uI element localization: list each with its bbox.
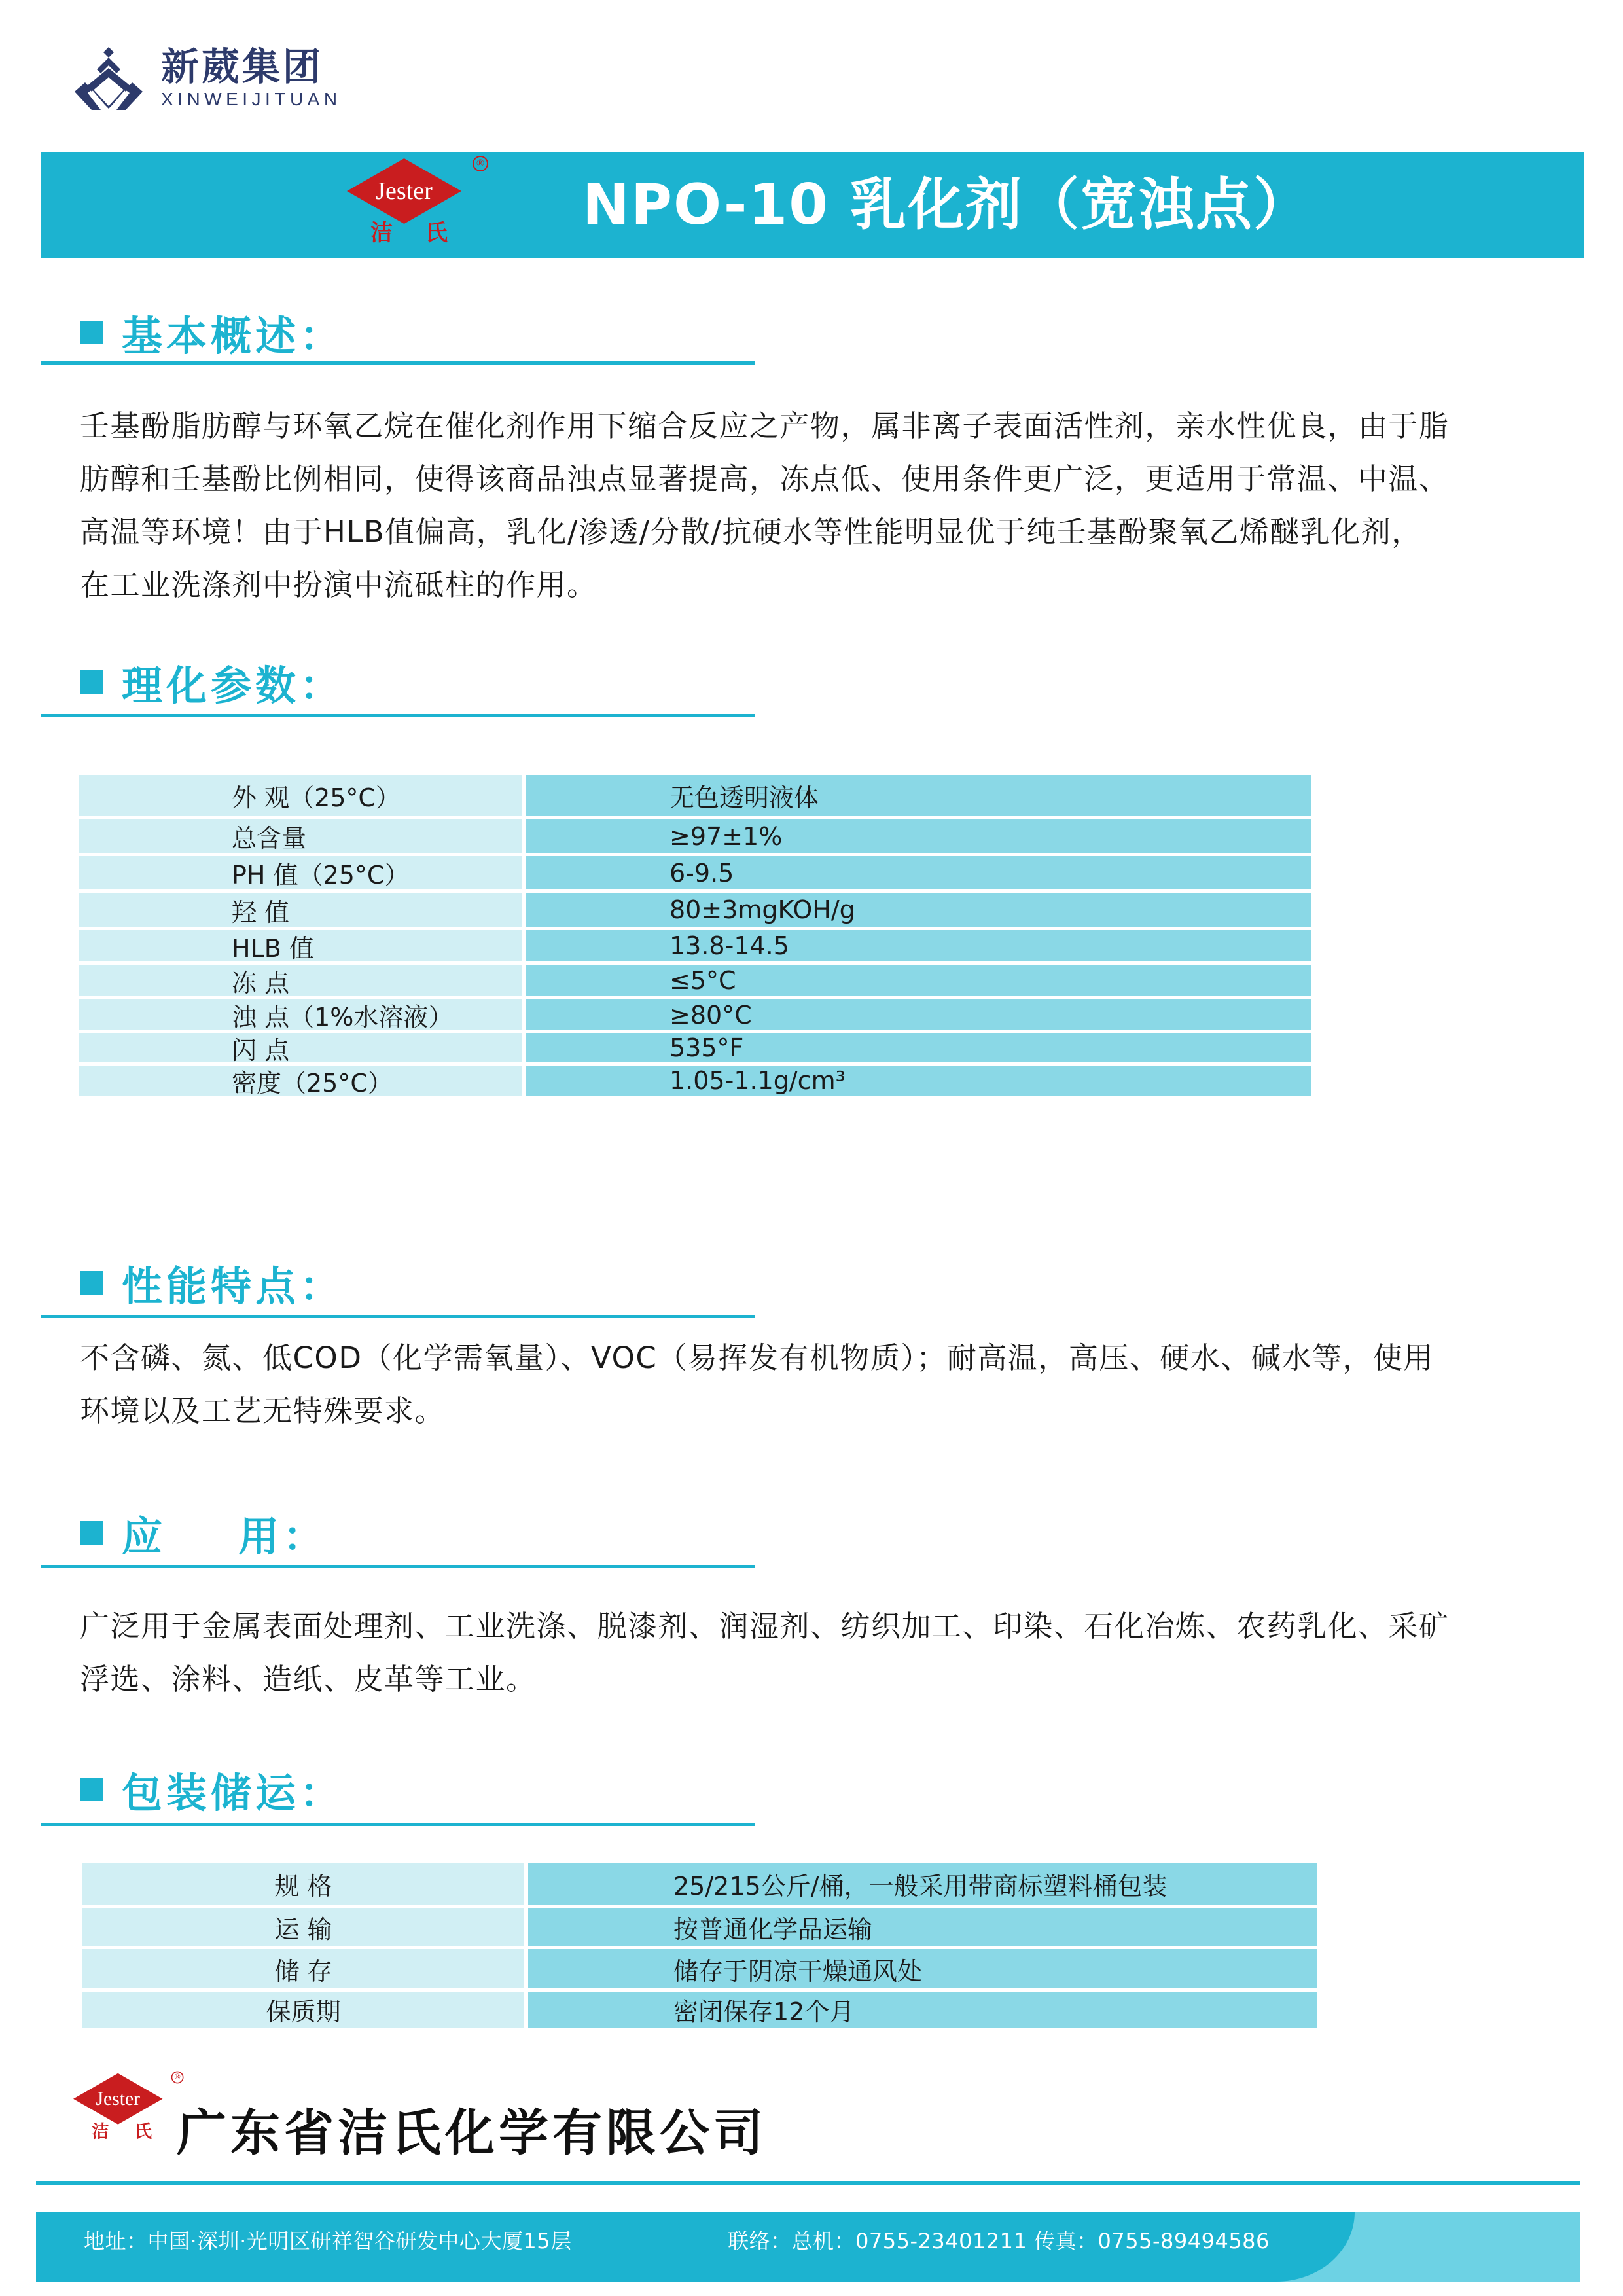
table-row: HLB 值 13.8-14.5	[79, 930, 1311, 961]
footer-divider	[36, 2181, 1580, 2185]
table-row: 规 格 25/215公斤/桶，一般采用带商标塑料桶包装	[82, 1863, 1317, 1905]
table-row: 外 观（25°C） 无色透明液体	[79, 775, 1311, 816]
jester-diamond-icon: Jester	[73, 2073, 163, 2125]
packaging-value: 25/215公斤/桶，一般采用带商标塑料桶包装	[528, 1863, 1317, 1905]
specs-table: 外 观（25°C） 无色透明液体 总含量 ≥97±1% PH 值（25°C） 6…	[79, 775, 1311, 1096]
registered-mark: ®	[473, 156, 488, 171]
table-row: 运 输 按普通化学品运输	[82, 1908, 1317, 1946]
brand-cn-right: 氏	[135, 2121, 152, 2142]
brand-cn-left: 洁	[370, 220, 393, 246]
heading-square-icon	[80, 1521, 103, 1545]
footer-address: 地址：中国·深圳·光明区研祥智谷研发中心大厦15层	[84, 2228, 572, 2254]
spec-value: 80±3mgKOH/g	[526, 893, 1311, 927]
spec-label: HLB 值	[79, 930, 522, 961]
spec-label: 冻 点	[79, 965, 522, 996]
svg-text:Jester: Jester	[96, 2089, 141, 2109]
group-logo: 新葳集团 XINWEIJITUAN	[73, 42, 342, 114]
overview-paragraph: 壬基酚脂肪醇与环氧乙烷在催化剂作用下缩合反应之产物，属非离子表面活性剂，亲水性优…	[80, 399, 1585, 611]
section-heading-features: 性能特点：	[80, 1257, 344, 1309]
svg-text:Jester: Jester	[376, 177, 433, 205]
table-row: 密度（25°C） 1.05-1.1g/cm³	[79, 1066, 1311, 1096]
spec-label: PH 值（25°C）	[79, 856, 522, 889]
company-name: 广东省洁氏化学有限公司	[177, 2093, 767, 2164]
title-banner: Jester ® 洁 氏 NPO-10 乳化剂（宽浊点）	[41, 152, 1584, 258]
packaging-label: 运 输	[82, 1908, 524, 1946]
features-paragraph: 不含磷、氮、低COD（化学需氧量）、VOC（易挥发有机物质）；耐高温，高压、硬水…	[80, 1331, 1585, 1437]
section-heading-packaging: 包装储运：	[80, 1763, 344, 1816]
packaging-label: 规 格	[82, 1863, 524, 1905]
jester-logo: Jester ® 洁 氏	[73, 2068, 190, 2150]
packaging-value: 储存于阴凉干燥通风处	[528, 1949, 1317, 1988]
page-title: NPO-10 乳化剂（宽浊点）	[582, 169, 1311, 241]
packaging-value: 按普通化学品运输	[528, 1908, 1317, 1946]
section-divider	[41, 1315, 755, 1318]
brand-cn-right: 氏	[425, 220, 448, 246]
packaging-label: 储 存	[82, 1949, 524, 1988]
section-heading-applications: 应 用：	[80, 1507, 327, 1559]
jester-logo: Jester ® 洁 氏	[347, 152, 497, 257]
footer-contact: 联络：总机：0755-23401211 传真：0755-89494586	[728, 2228, 1270, 2254]
spec-label: 浊 点（1%水溶液）	[79, 999, 522, 1030]
jester-diamond-icon: Jester	[347, 158, 461, 224]
spec-value: 535°F	[526, 1033, 1311, 1062]
section-divider	[41, 361, 755, 365]
table-row: 闪 点 535°F	[79, 1033, 1311, 1062]
section-divider	[41, 714, 755, 717]
spec-value: 无色透明液体	[526, 775, 1311, 816]
group-name-en: XINWEIJITUAN	[161, 88, 342, 111]
spec-value: ≥80°C	[526, 999, 1311, 1030]
spec-value: ≥97±1%	[526, 819, 1311, 853]
heading-square-icon	[80, 1778, 103, 1801]
table-row: 浊 点（1%水溶液） ≥80°C	[79, 999, 1311, 1030]
packaging-table: 规 格 25/215公斤/桶，一般采用带商标塑料桶包装 运 输 按普通化学品运输…	[82, 1863, 1317, 2028]
section-heading-specs: 理化参数：	[80, 656, 344, 708]
table-row: 冻 点 ≤5°C	[79, 965, 1311, 996]
spec-value: 13.8-14.5	[526, 930, 1311, 961]
table-row: PH 值（25°C） 6-9.5	[79, 856, 1311, 889]
spec-value: 1.05-1.1g/cm³	[526, 1066, 1311, 1096]
section-divider	[41, 1565, 755, 1568]
spec-label: 外 观（25°C）	[79, 775, 522, 816]
spec-value: 6-9.5	[526, 856, 1311, 889]
heading-square-icon	[80, 321, 103, 344]
spec-label: 总含量	[79, 819, 522, 853]
applications-paragraph: 广泛用于金属表面处理剂、工业洗涤、脱漆剂、润湿剂、纺织加工、印染、石化冶炼、农药…	[80, 1600, 1585, 1706]
spec-value: ≤5°C	[526, 965, 1311, 996]
table-row: 保质期 密闭保存12个月	[82, 1992, 1317, 2028]
table-row: 总含量 ≥97±1%	[79, 819, 1311, 853]
heading-square-icon	[80, 1271, 103, 1295]
registered-mark: ®	[171, 2072, 184, 2084]
brand-cn-left: 洁	[92, 2121, 109, 2142]
spec-label: 闪 点	[79, 1033, 522, 1062]
section-divider	[41, 1823, 755, 1826]
spec-label: 密度（25°C）	[79, 1066, 522, 1096]
table-row: 羟 值 80±3mgKOH/g	[79, 893, 1311, 927]
section-heading-overview: 基本概述：	[80, 306, 344, 359]
table-row: 储 存 储存于阴凉干燥通风处	[82, 1949, 1317, 1988]
spec-label: 羟 值	[79, 893, 522, 927]
group-name-cn: 新葳集团	[161, 45, 342, 88]
xinwei-logo-icon	[73, 46, 144, 110]
heading-square-icon	[80, 670, 103, 694]
packaging-value: 密闭保存12个月	[528, 1992, 1317, 2028]
packaging-label: 保质期	[82, 1992, 524, 2028]
